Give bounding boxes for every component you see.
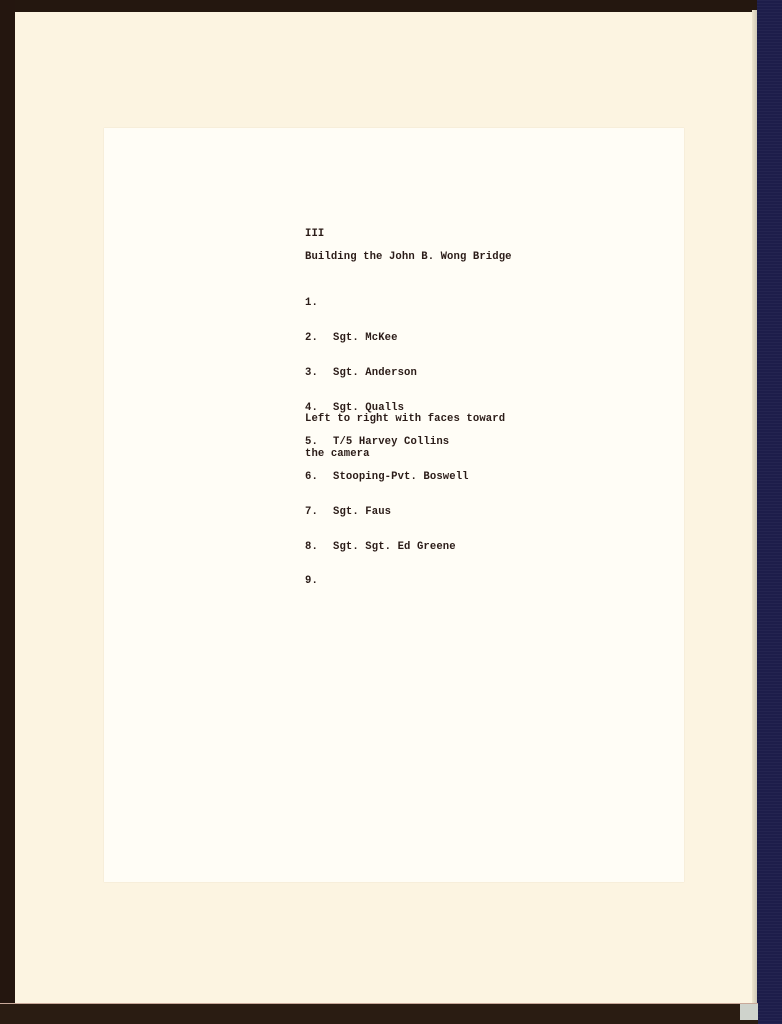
cloth-binding: [757, 0, 782, 1024]
list-number: 3.: [305, 368, 333, 380]
list-number: 8.: [305, 542, 333, 554]
list-item: 2.Sgt. McKee: [305, 333, 469, 345]
list-number: 1.: [305, 298, 333, 310]
list-item: 3.Sgt. Anderson: [305, 368, 469, 380]
caption-line: the camera: [305, 449, 505, 461]
list-number: 6.: [305, 472, 333, 484]
list-name: Sgt. McKee: [333, 333, 398, 345]
caption-note: Left to right with faces toward the came…: [305, 391, 505, 472]
list-name: Stooping-Pvt. Boswell: [333, 472, 469, 484]
list-item: 9.: [305, 576, 469, 588]
album-frame-top: [0, 0, 758, 12]
list-name: Sgt. Sgt. Ed Greene: [333, 542, 456, 554]
document-title: Building the John B. Wong Bridge: [305, 252, 512, 264]
album-frame-bottom: [0, 1003, 758, 1024]
list-number: 2.: [305, 333, 333, 345]
list-item: 8.Sgt. Sgt. Ed Greene: [305, 542, 469, 554]
list-number: 9.: [305, 576, 333, 588]
caption-line: Left to right with faces toward: [305, 414, 505, 426]
list-name: Sgt. Anderson: [333, 368, 417, 380]
list-item: 1.: [305, 298, 469, 310]
page-corner: [740, 1004, 758, 1020]
album-frame-left: [0, 0, 15, 1024]
list-item: 7.Sgt. Faus: [305, 507, 469, 519]
list-number: 7.: [305, 507, 333, 519]
list-name: Sgt. Faus: [333, 507, 391, 519]
list-item: 6.Stooping-Pvt. Boswell: [305, 472, 469, 484]
section-number: III: [305, 229, 324, 241]
